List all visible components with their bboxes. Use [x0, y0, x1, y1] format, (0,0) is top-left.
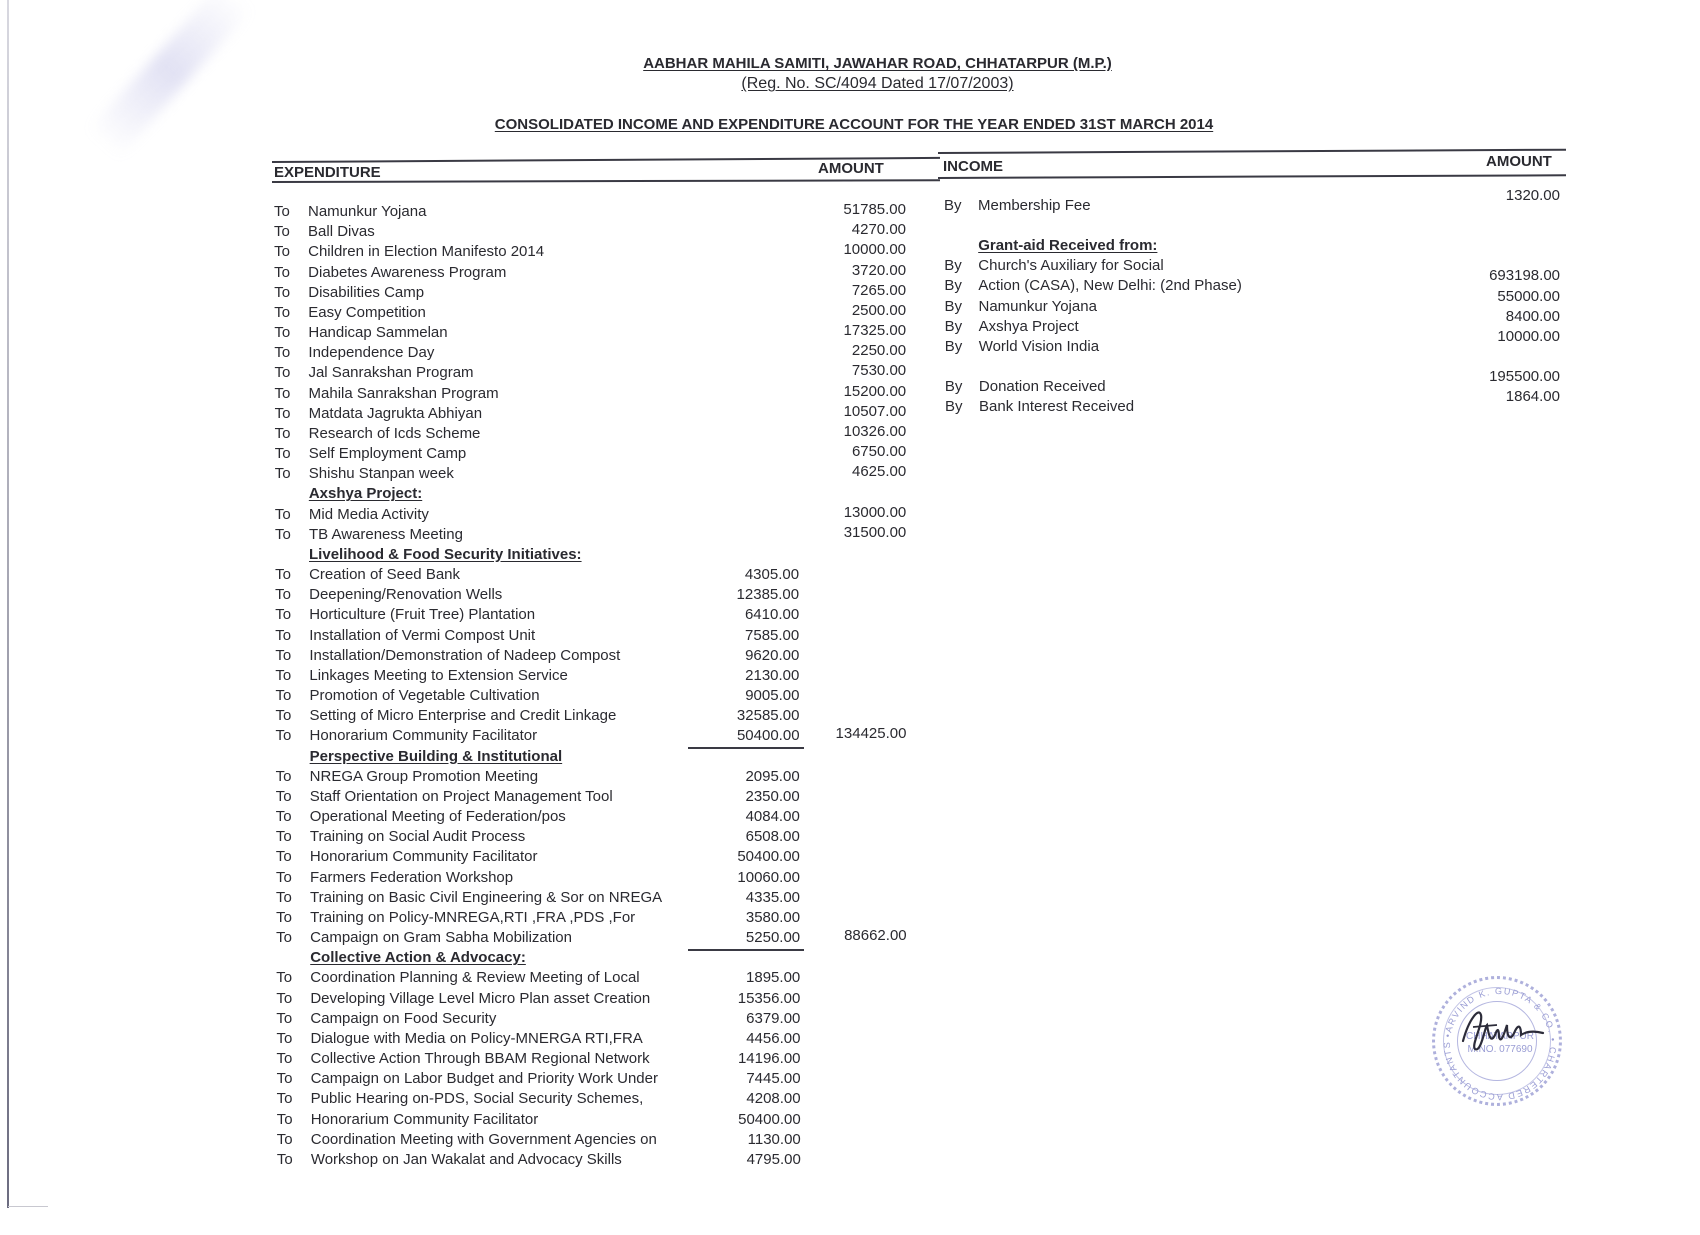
- row-label: Honorarium Community Facilitator: [310, 847, 538, 867]
- subitem-amount: 2095.00: [690, 767, 800, 787]
- row-label: Training on Policy-MNREGA,RTI ,FRA ,PDS …: [310, 908, 635, 928]
- expenditure-amount: 7530.00: [796, 361, 906, 381]
- row-prefix: By: [945, 317, 975, 337]
- row-label: Mahila Sanrakshan Program: [309, 384, 499, 404]
- row-label: Campaign on Gram Sabha Mobilization: [310, 928, 572, 948]
- subitem-amount: 7585.00: [689, 626, 799, 646]
- row-prefix: To: [276, 989, 306, 1009]
- row-label: Matdata Jagrukta Abhiyan: [309, 404, 482, 424]
- income-column-header: INCOME: [943, 158, 1003, 175]
- row-label: Coordination Meeting with Government Age…: [311, 1130, 657, 1150]
- row-prefix: To: [276, 868, 306, 888]
- row-label: Promotion of Vegetable Cultivation: [309, 686, 539, 706]
- statement-title: CONSOLIDATED INCOME AND EXPENDITURE ACCO…: [0, 116, 1700, 133]
- row-prefix: By: [945, 397, 975, 417]
- row-label: Honorarium Community Facilitator: [310, 726, 538, 746]
- income-amount: 693198.00: [1450, 266, 1560, 286]
- expenditure-amount: 2250.00: [796, 341, 906, 361]
- expenditure-amount: 10507.00: [796, 402, 906, 422]
- row-prefix: To: [274, 222, 304, 242]
- row-prefix: To: [275, 626, 305, 646]
- subitem-amount: 15356.00: [690, 989, 800, 1009]
- organization-title: AABHAR MAHILA SAMITI, JAWAHAR ROAD, CHHA…: [0, 55, 1700, 72]
- row-prefix: To: [276, 968, 306, 988]
- expenditure-amount: 134425.00: [796, 724, 906, 744]
- row-prefix: To: [276, 928, 306, 948]
- expenditure-amount: 10326.00: [796, 422, 906, 442]
- row-prefix: To: [276, 888, 306, 908]
- row-label: Coordination Planning & Review Meeting o…: [310, 968, 639, 988]
- subitem-amount: 4084.00: [690, 807, 800, 827]
- subitem-amount: 50400.00: [690, 847, 800, 867]
- row-label: Training on Basic Civil Engineering & So…: [310, 888, 662, 908]
- row-label: Action (CASA), New Delhi: (2nd Phase): [978, 276, 1241, 296]
- row-prefix: To: [276, 1009, 306, 1029]
- income-amount: 10000.00: [1450, 327, 1560, 347]
- subitem-amount: 7445.00: [691, 1069, 801, 1089]
- row-label: Campaign on Food Security: [310, 1009, 496, 1029]
- subitem-amount: 6410.00: [689, 605, 799, 625]
- row-prefix: To: [275, 424, 305, 444]
- row-label: Horticulture (Fruit Tree) Plantation: [309, 605, 535, 625]
- subitem-amount: 6379.00: [690, 1009, 800, 1029]
- expenditure-amount: 10000.00: [796, 240, 906, 260]
- row-label: Staff Orientation on Project Management …: [310, 787, 613, 807]
- row-label: Namunkur Yojana: [308, 202, 426, 222]
- subitem-amount: 6508.00: [690, 827, 800, 847]
- row-label: Public Hearing on-PDS, Social Security S…: [311, 1089, 644, 1109]
- row-prefix: To: [277, 1110, 307, 1130]
- row-prefix: To: [276, 787, 306, 807]
- row-prefix: By: [944, 196, 974, 216]
- row-label: Handicap Sammelan: [308, 323, 447, 343]
- row-label: Installation of Vermi Compost Unit: [309, 626, 535, 646]
- row-prefix: To: [275, 505, 305, 525]
- subitem-amount: 2130.00: [689, 666, 799, 686]
- scan-page-edge: [7, 0, 9, 1208]
- row-label: Bank Interest Received: [979, 397, 1134, 417]
- expenditure-amount: 6750.00: [796, 442, 906, 462]
- subitem-amount: 4456.00: [690, 1029, 800, 1049]
- section-heading-label: Perspective Building & Institutional: [310, 747, 563, 767]
- header-rule-top-right: [938, 149, 1566, 154]
- subitem-amount: 4208.00: [691, 1089, 801, 1109]
- row-label: Campaign on Labor Budget and Priority Wo…: [311, 1069, 658, 1089]
- section-heading-label: Collective Action & Advocacy:: [310, 948, 526, 968]
- row-label: Workshop on Jan Wakalat and Advocacy Ski…: [311, 1150, 622, 1170]
- row-prefix: To: [276, 767, 306, 787]
- row-label: Children in Election Manifesto 2014: [308, 242, 544, 262]
- row-prefix: To: [276, 908, 306, 928]
- income-amount: 195500.00: [1450, 367, 1560, 387]
- auditor-stamp: •ARVIND K. GUPTA & CO. • CHARTERED ACCOU…: [1432, 976, 1562, 1106]
- section-heading-label: Grant-aid Received from:: [978, 236, 1157, 256]
- expenditure-amount: 7265.00: [796, 281, 906, 301]
- row-prefix: To: [274, 242, 304, 262]
- row-label: Namunkur Yojana: [979, 297, 1097, 317]
- row-label: Research of Icds Scheme: [309, 424, 481, 444]
- row-prefix: To: [276, 706, 306, 726]
- row-label: Honorarium Community Facilitator: [311, 1110, 539, 1130]
- row-prefix: To: [275, 404, 305, 424]
- expenditure-amount: 88662.00: [797, 926, 907, 946]
- row-prefix: To: [275, 666, 305, 686]
- row-label: Donation Received: [979, 377, 1106, 397]
- subitem-amount: 5250.00: [690, 928, 800, 948]
- row-prefix: By: [944, 276, 974, 296]
- expenditure-column-header: EXPENDITURE: [274, 164, 381, 181]
- row-prefix: To: [275, 444, 305, 464]
- row-label: Mid Media Activity: [309, 505, 429, 525]
- expenditure-amount-header: AMOUNT: [818, 160, 884, 177]
- expenditure-amount: 51785.00: [796, 200, 906, 220]
- row-prefix: To: [274, 363, 304, 383]
- section-heading-label: Livelihood & Food Security Initiatives:: [309, 545, 582, 565]
- row-label: Easy Competition: [308, 303, 426, 323]
- row-label: Disabilities Camp: [308, 283, 424, 303]
- scan-page-edge-bottom: [8, 1206, 48, 1207]
- row-prefix: To: [275, 605, 305, 625]
- subitem-amount: 4335.00: [690, 888, 800, 908]
- row-label: Farmers Federation Workshop: [310, 868, 513, 888]
- row-prefix: To: [274, 263, 304, 283]
- subitem-amount: 9620.00: [689, 646, 799, 666]
- row-prefix: To: [274, 283, 304, 303]
- row-label: Independence Day: [308, 343, 434, 363]
- registration-info: (Reg. No. SC/4094 Dated 17/07/2003): [0, 75, 1700, 93]
- subitem-amount: 32585.00: [690, 706, 800, 726]
- row-prefix: To: [277, 1069, 307, 1089]
- row-prefix: To: [276, 807, 306, 827]
- expenditure-amount: 13000.00: [796, 503, 906, 523]
- row-prefix: To: [275, 525, 305, 545]
- header-rule-bottom-right: [938, 174, 1566, 179]
- row-prefix: To: [274, 202, 304, 222]
- row-prefix: To: [275, 585, 305, 605]
- row-label: Operational Meeting of Federation/pos: [310, 807, 566, 827]
- income-amount: 1864.00: [1450, 387, 1560, 407]
- expenditure-amount: 15200.00: [796, 382, 906, 402]
- row-prefix: To: [276, 847, 306, 867]
- subitem-amount: 10060.00: [690, 868, 800, 888]
- row-label: Deepening/Renovation Wells: [309, 585, 502, 605]
- row-label: Dialogue with Media on Policy-MNERGA RTI…: [310, 1029, 642, 1049]
- row-label: Training on Social Audit Process: [310, 827, 525, 847]
- subtotal-rule: [688, 747, 804, 749]
- row-prefix: To: [275, 565, 305, 585]
- subitem-amount: 2350.00: [690, 787, 800, 807]
- row-prefix: By: [945, 337, 975, 357]
- subitem-amount: 1895.00: [690, 968, 800, 988]
- section-heading-label: Axshya Project:: [309, 484, 422, 504]
- row-label: Developing Village Level Micro Plan asse…: [310, 989, 650, 1009]
- subitem-amount: 50400.00: [691, 1110, 801, 1130]
- row-prefix: To: [276, 1029, 306, 1049]
- row-prefix: By: [945, 377, 975, 397]
- row-label: Jal Sanrakshan Program: [308, 363, 473, 383]
- row-label: Ball Divas: [308, 222, 375, 242]
- row-label: Linkages Meeting to Extension Service: [309, 666, 567, 686]
- subitem-amount: 1130.00: [691, 1130, 801, 1150]
- subitem-amount: 4795.00: [691, 1150, 801, 1170]
- row-prefix: To: [275, 686, 305, 706]
- expenditure-amount: 2500.00: [796, 301, 906, 321]
- income-amount: 1320.00: [1450, 186, 1560, 206]
- row-label: Axshya Project: [979, 317, 1079, 337]
- row-prefix: To: [277, 1049, 307, 1069]
- expenditure-amount: 3720.00: [796, 261, 906, 281]
- row-prefix: To: [276, 827, 306, 847]
- row-label: Shishu Stanpan week: [309, 464, 454, 484]
- row-prefix: To: [275, 646, 305, 666]
- subitem-amount: 12385.00: [689, 585, 799, 605]
- subitem-amount: 50400.00: [690, 726, 800, 746]
- row-prefix: To: [274, 303, 304, 323]
- row-label: World Vision India: [979, 337, 1099, 357]
- row-label: Collective Action Through BBAM Regional …: [311, 1049, 650, 1069]
- row-prefix: To: [275, 384, 305, 404]
- income-amount: 55000.00: [1450, 287, 1560, 307]
- income-amount: 8400.00: [1450, 307, 1560, 327]
- subitem-amount: 14196.00: [691, 1049, 801, 1069]
- row-prefix: By: [945, 297, 975, 317]
- subitem-amount: 4305.00: [689, 565, 799, 585]
- row-prefix: To: [275, 464, 305, 484]
- row-prefix: To: [277, 1130, 307, 1150]
- signature-icon: [1435, 979, 1565, 1109]
- expenditure-amount: 4270.00: [796, 220, 906, 240]
- row-label: Membership Fee: [978, 196, 1091, 216]
- row-prefix: To: [277, 1089, 307, 1109]
- row-prefix: To: [277, 1150, 307, 1170]
- row-label: Self Employment Camp: [309, 444, 467, 464]
- row-prefix: To: [274, 323, 304, 343]
- row-label: NREGA Group Promotion Meeting: [310, 767, 538, 787]
- row-prefix: By: [944, 256, 974, 276]
- row-label: Diabetes Awareness Program: [308, 263, 506, 283]
- subitem-amount: 9005.00: [689, 686, 799, 706]
- row-label: TB Awareness Meeting: [309, 525, 463, 545]
- income-amount-header: AMOUNT: [1486, 153, 1552, 170]
- row-prefix: To: [276, 726, 306, 746]
- subitem-amount: 3580.00: [690, 908, 800, 928]
- expenditure-amount: 31500.00: [796, 523, 906, 543]
- row-label: Setting of Micro Enterprise and Credit L…: [310, 706, 617, 726]
- row-label: Church's Auxiliary for Social: [978, 256, 1163, 276]
- expenditure-amount: 17325.00: [796, 321, 906, 341]
- row-label: Creation of Seed Bank: [309, 565, 460, 585]
- row-label: Installation/Demonstration of Nadeep Com…: [309, 646, 620, 666]
- row-prefix: To: [274, 343, 304, 363]
- subtotal-rule: [688, 949, 804, 951]
- expenditure-amount: 4625.00: [796, 462, 906, 482]
